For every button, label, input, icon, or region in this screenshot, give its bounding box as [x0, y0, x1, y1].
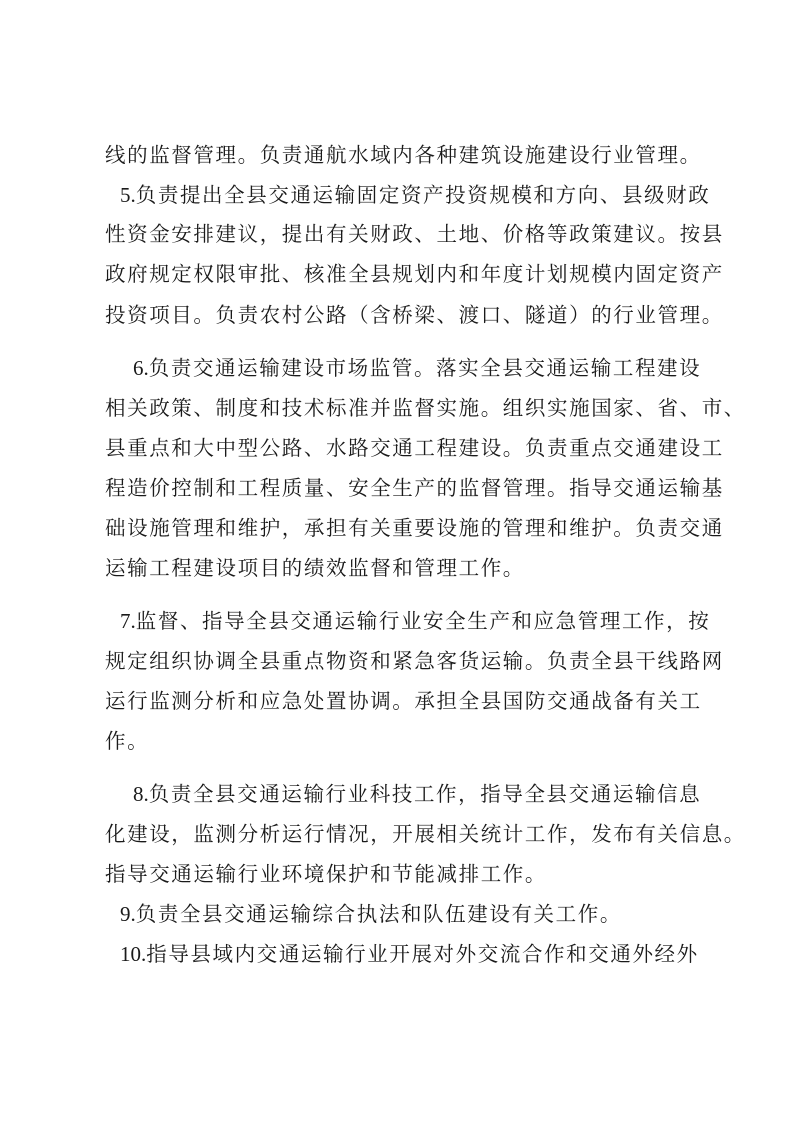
- text-line: 线的监督管理。负责通航水域内各种建筑设施建设行业管理。: [105, 140, 695, 170]
- item-number: 10.: [120, 942, 146, 966]
- line-text: 指导县域内交通运输行业开展对外交流合作和交通外经外: [146, 942, 699, 966]
- line-text: 监督、指导全县交通运输行业安全生产和应急管理工作，按: [136, 609, 711, 633]
- line-text: 指导交通运输行业环境保护和节能减排工作。: [105, 862, 547, 886]
- line-text: 线的监督管理。负责通航水域内各种建筑设施建设行业管理。: [105, 143, 702, 167]
- line-text: 规定组织协调全县重点物资和紧急客货运输。负责全县干线路网: [105, 649, 724, 673]
- list-item-8: 8.负责全县交通运输行业科技工作，指导全县交通运输信息: [105, 779, 723, 809]
- item-number: 6.: [133, 356, 149, 380]
- text-line: 础设施管理和维护，承担有关重要设施的管理和维护。负责交通: [105, 513, 695, 543]
- text-line: 化建设，监测分析运行情况，开展相关统计工作，发布有关信息。: [105, 819, 695, 849]
- text-line: 作。: [105, 726, 695, 756]
- line-text: 础设施管理和维护，承担有关重要设施的管理和维护。负责交通: [105, 516, 724, 540]
- text-line: 县重点和大中型公路、水路交通工程建设。负责重点交通建设工: [105, 433, 695, 463]
- text-line: 指导交通运输行业环境保护和节能减排工作。: [105, 859, 695, 889]
- line-text: 负责提出全县交通运输固定资产投资规模和方向、县级财政: [136, 183, 711, 207]
- line-text: 相关政策、制度和技术标准并监督实施。组织实施国家、省、市、: [105, 396, 746, 420]
- line-text: 作。: [105, 729, 149, 753]
- line-text: 县重点和大中型公路、水路交通工程建设。负责重点交通建设工: [105, 436, 724, 460]
- list-item-10: 10.指导县域内交通运输行业开展对外交流合作和交通外经外: [105, 939, 710, 969]
- text-line: 规定组织协调全县重点物资和紧急客货运输。负责全县干线路网: [105, 646, 695, 676]
- item-number: 8.: [133, 782, 149, 806]
- item-number: 7.: [120, 609, 136, 633]
- text-line: 运输工程建设项目的绩效监督和管理工作。: [105, 553, 695, 583]
- line-text: 负责全县交通运输综合执法和队伍建设有关工作。: [136, 902, 622, 926]
- list-item-6: 6.负责交通运输建设市场监管。落实全县交通运输工程建设: [105, 353, 723, 383]
- line-text: 负责交通运输建设市场监管。落实全县交通运输工程建设: [149, 356, 702, 380]
- list-item-9: 9.负责全县交通运输综合执法和队伍建设有关工作。: [105, 899, 710, 929]
- line-text: 性资金安排建议，提出有关财政、土地、价格等政策建议。按县: [105, 222, 724, 246]
- line-text: 运行监测分析和应急处置协调。承担全县国防交通战备有关工: [105, 689, 702, 713]
- text-line: 相关政策、制度和技术标准并监督实施。组织实施国家、省、市、: [105, 393, 695, 423]
- text-line: 投资项目。负责农村公路（含桥梁、渡口、隧道）的行业管理。: [105, 300, 695, 330]
- text-line: 性资金安排建议，提出有关财政、土地、价格等政策建议。按县: [105, 219, 695, 249]
- document-page: 线的监督管理。负责通航水域内各种建筑设施建设行业管理。 5.负责提出全县交通运输…: [0, 0, 793, 1122]
- text-line: 程造价控制和工程质量、安全生产的监督管理。指导交通运输基: [105, 473, 695, 503]
- line-text: 投资项目。负责农村公路（含桥梁、渡口、隧道）的行业管理。: [105, 303, 724, 327]
- list-item-7: 7.监督、指导全县交通运输行业安全生产和应急管理工作，按: [105, 606, 710, 636]
- text-line: 政府规定权限审批、核准全县规划内和年度计划规模内固定资产: [105, 259, 695, 289]
- line-text: 程造价控制和工程质量、安全生产的监督管理。指导交通运输基: [105, 476, 724, 500]
- line-text: 政府规定权限审批、核准全县规划内和年度计划规模内固定资产: [105, 262, 724, 286]
- line-text: 运输工程建设项目的绩效监督和管理工作。: [105, 556, 525, 580]
- item-number: 5.: [120, 183, 136, 207]
- item-number: 9.: [120, 902, 136, 926]
- text-line: 运行监测分析和应急处置协调。承担全县国防交通战备有关工: [105, 686, 695, 716]
- line-text: 化建设，监测分析运行情况，开展相关统计工作，发布有关信息。: [105, 822, 746, 846]
- list-item-5: 5.负责提出全县交通运输固定资产投资规模和方向、县级财政: [105, 180, 710, 210]
- line-text: 负责全县交通运输行业科技工作，指导全县交通运输信息: [149, 782, 702, 806]
